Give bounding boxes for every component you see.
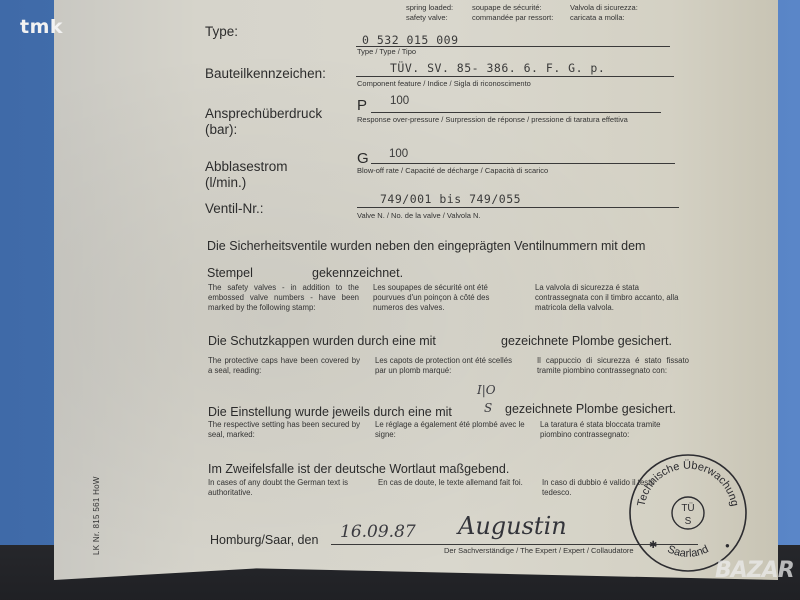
valve-label: Ventil-Nr.: [205, 201, 264, 216]
stamp-it: La valvola di sicurezza é stata contrass… [535, 283, 685, 313]
side-code: LK Nr. 815 561 HoW [92, 476, 101, 555]
stamp-de-line2a: Stempel [207, 266, 253, 280]
pressure-caption: Response over-pressure / Surpression de … [357, 115, 628, 125]
pressure-label: Ansprechüberdruck(bar): [205, 106, 322, 138]
setting-fr: Le réglage a également été plombé avec l… [375, 420, 525, 440]
stamp-bottom-text: Saarland [666, 543, 711, 560]
stamp-de-line2b: gekennzeichnet. [312, 266, 403, 280]
component-underline [356, 76, 674, 77]
valve-underline [357, 207, 679, 208]
stamp-fr: Les soupapes de sécurité ont été pourvue… [373, 283, 521, 313]
caps-fr: Les capots de protection ont été scellés… [375, 356, 523, 376]
setting-en: The respective setting has been secured … [208, 420, 360, 440]
svg-text:Saarland: Saarland [666, 543, 711, 560]
setting-de-b: gezeichnete Plombe gesichert. [505, 402, 676, 416]
type-value: 0 532 015 009 [362, 33, 459, 47]
component-label: Bauteilkennzeichen: [205, 66, 326, 81]
caps-de-a: Die Schutzkappen wurden durch eine mit [208, 334, 436, 348]
caps-de-b: gezeichnete Plombe gesichert. [501, 334, 672, 348]
doubt-de: Im Zweifelsfalle ist der deutsche Wortla… [208, 462, 509, 476]
setting-it: La taratura é stata bloccata tramite pio… [540, 420, 692, 440]
valve-caption: Valve N. / No. de la valve / Valvola N. [357, 211, 481, 221]
expert-signature: Augustin [458, 512, 567, 540]
blowoff-underline [371, 163, 675, 164]
caps-en: The protective caps have been covered by… [208, 356, 360, 376]
pressure-underline [371, 112, 661, 113]
setting-de-a: Die Einstellung wurde jeweils durch eine… [208, 405, 452, 419]
stamp-ring-text: Technische Überwachung [635, 460, 740, 508]
blowoff-prefix: G [357, 150, 369, 167]
stamp-de-line1: Die Sicherheitsventile wurden neben den … [207, 239, 645, 253]
blowoff-label: Abblasestrom(l/min.) [205, 159, 288, 191]
stamp-star-icon: ✱ [649, 540, 657, 551]
pressure-prefix: P [357, 97, 367, 114]
caps-it: Il cappuccio di sicurezza é stato fissat… [537, 356, 689, 376]
type-caption: Type / Type / Tipo [357, 47, 416, 57]
signature-caption: Der Sachverständige / The Expert / Exper… [444, 546, 634, 556]
stamp-center-top: TÜ [681, 502, 694, 514]
seal-mark-bottom: S [484, 401, 492, 415]
seal-mark-top: I|O [477, 383, 496, 397]
header-it: Valvola di sicurezza:caricata a molla: [570, 3, 638, 23]
header-fr: soupape de sécurité:commandée par ressor… [472, 3, 553, 23]
official-stamp: Technische Überwachung Saarland TÜ S ✱ ● [627, 452, 749, 574]
header-en: spring loaded:safety valve: [406, 3, 453, 23]
place-label: Homburg/Saar, den [210, 533, 318, 547]
blowoff-value: 100 [389, 148, 408, 160]
signature-date: 16.09.87 [340, 522, 416, 542]
component-caption: Component feature / Indice / Sigla di ri… [357, 79, 531, 89]
stamp-center-bottom: S [685, 516, 692, 527]
watermark-logo: tmk [20, 16, 63, 38]
pressure-value: 100 [390, 95, 409, 107]
watermark-bazar: BAZAR [715, 558, 794, 583]
svg-text:Technische Überwachung: Technische Überwachung [635, 460, 740, 508]
doubt-en: In cases of any doubt the German text is… [208, 478, 363, 498]
valve-value: 749/001 bis 749/055 [380, 192, 521, 206]
type-label: Type: [205, 24, 238, 39]
doubt-fr: En cas de doute, le texte allemand fait … [378, 478, 528, 488]
blowoff-caption: Blow-off rate / Capacité de décharge / C… [357, 166, 548, 176]
component-value: TÜV. SV. 85- 386. 6. F. G. p. [390, 61, 605, 75]
stamp-dot-icon: ● [725, 541, 730, 550]
stamp-en: The safety valves - in addition to the e… [208, 283, 359, 313]
